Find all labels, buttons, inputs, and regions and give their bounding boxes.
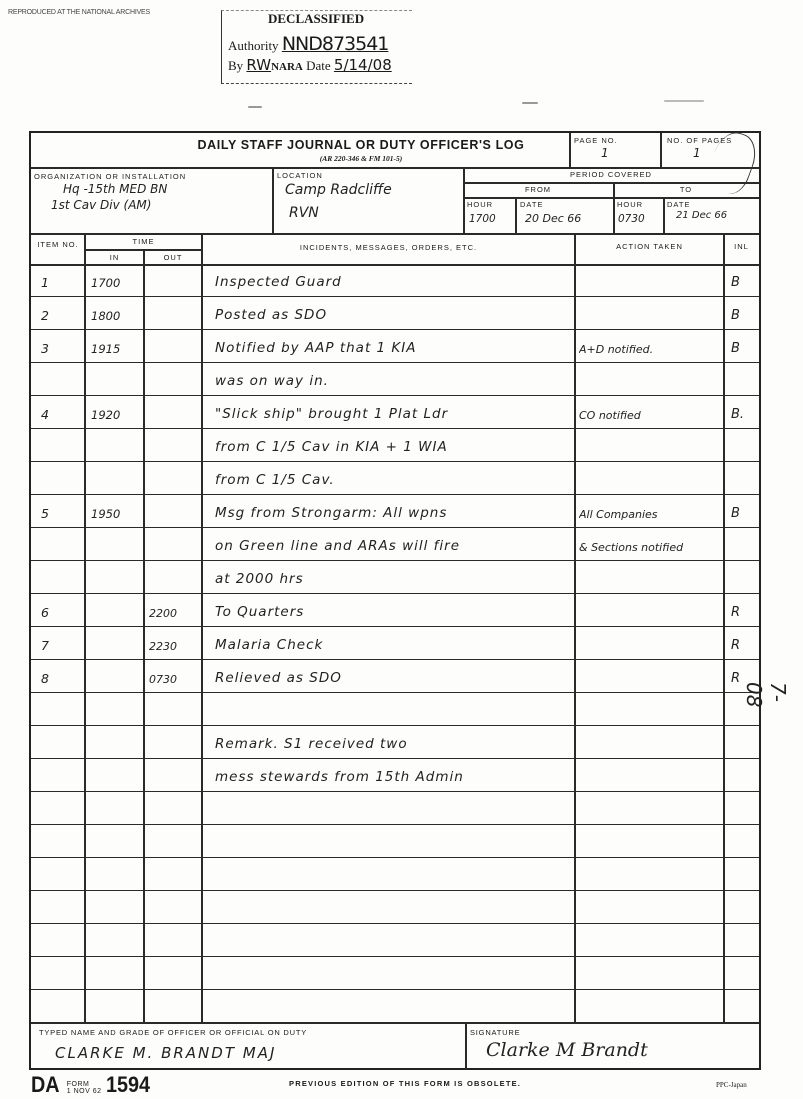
divider: [465, 1022, 467, 1070]
row-inl: [731, 924, 759, 957]
scan-mark: [522, 102, 538, 104]
row-text: [215, 693, 575, 726]
row-out: [149, 957, 199, 990]
row-text: Remark. S1 received two: [215, 726, 575, 759]
row-line: [31, 692, 759, 693]
row-text: [215, 990, 575, 1023]
table-row: [31, 858, 759, 891]
row-inl: [731, 528, 759, 561]
form-label: FORM: [67, 1081, 102, 1088]
row-text: Relieved as SDO: [215, 660, 575, 693]
row-in: 1915: [91, 330, 146, 363]
row-inl: B: [731, 264, 759, 297]
table-row: 72230Malaria CheckR: [31, 627, 759, 660]
row-in: [91, 561, 146, 594]
row-item: [41, 561, 81, 594]
row-item: [41, 792, 81, 825]
form-da: DA: [31, 1072, 60, 1098]
divider: [31, 233, 759, 235]
row-out: [149, 693, 199, 726]
row-action: [579, 957, 724, 990]
row-out: [149, 561, 199, 594]
row-action: [579, 759, 724, 792]
row-item: 8: [41, 660, 81, 693]
row-out: [149, 792, 199, 825]
table-row: 31915Notified by AAP that 1 KIAA+D notif…: [31, 330, 759, 363]
table-row: Remark. S1 received two: [31, 726, 759, 759]
table-row: 62200To QuartersR: [31, 594, 759, 627]
row-line: [31, 527, 759, 528]
row-inl: R: [731, 627, 759, 660]
row-out: [149, 990, 199, 1023]
from-date-label: DATE: [520, 200, 543, 209]
row-inl: [731, 957, 759, 990]
table-row: on Green line and ARAs will fire& Sectio…: [31, 528, 759, 561]
row-item: 6: [41, 594, 81, 627]
form-date-block: FORM 1 NOV 62: [67, 1081, 102, 1098]
form-subtitle: (AR 220-346 & FM 101-5): [131, 154, 591, 163]
row-action: All Companies: [579, 495, 724, 528]
row-inl: [731, 825, 759, 858]
row-inl: [731, 462, 759, 495]
row-line: [31, 329, 759, 330]
row-out: [149, 924, 199, 957]
row-item: [41, 528, 81, 561]
row-text: [215, 924, 575, 957]
row-action: [579, 726, 724, 759]
row-line: [31, 362, 759, 363]
row-line: [31, 395, 759, 396]
form-number: 1594: [106, 1072, 150, 1098]
row-out: [149, 891, 199, 924]
row-action: [579, 462, 724, 495]
row-out: [149, 825, 199, 858]
declassified-stamp: DECLASSIFIED Authority NND873541 By RWNA…: [221, 10, 412, 84]
log-rows: 11700Inspected GuardB21800Posted as SDOB…: [31, 264, 759, 1023]
divider: [660, 133, 662, 169]
form-date: 1 NOV 62: [67, 1088, 102, 1095]
table-row: at 2000 hrs: [31, 561, 759, 594]
row-inl: [731, 363, 759, 396]
signature-label: SIGNATURE: [470, 1028, 520, 1037]
row-item: [41, 924, 81, 957]
table-row: 80730Relieved as SDOR: [31, 660, 759, 693]
row-in: [91, 660, 146, 693]
row-out: 2200: [149, 594, 199, 627]
row-inl: [731, 429, 759, 462]
name-grade-label: TYPED NAME AND GRADE OF OFFICER OR OFFIC…: [39, 1028, 307, 1037]
header-inl: INL: [724, 242, 759, 251]
row-text: on Green line and ARAs will fire: [215, 528, 575, 561]
stamp-authority-label: Authority: [228, 38, 279, 53]
row-inl: R: [731, 594, 759, 627]
row-in: 1800: [91, 297, 146, 330]
row-inl: [731, 891, 759, 924]
row-item: [41, 726, 81, 759]
row-inl: B: [731, 495, 759, 528]
row-text: Notified by AAP that 1 KIA: [215, 330, 575, 363]
row-line: [31, 593, 759, 594]
scan-mark: [664, 100, 704, 102]
row-inl: B: [731, 297, 759, 330]
table-row: [31, 924, 759, 957]
row-in: [91, 825, 146, 858]
row-action: [579, 858, 724, 891]
scan-mark: [248, 106, 262, 108]
table-row: 21800Posted as SDOB: [31, 297, 759, 330]
officer-name: CLARKE M. BRANDT MAJ: [55, 1044, 276, 1062]
row-out: [149, 759, 199, 792]
row-item: [41, 693, 81, 726]
divider: [31, 1022, 759, 1024]
row-in: [91, 957, 146, 990]
row-item: [41, 858, 81, 891]
row-in: [91, 693, 146, 726]
row-action: [579, 627, 724, 660]
row-item: 5: [41, 495, 81, 528]
row-item: [41, 363, 81, 396]
row-text: Inspected Guard: [215, 264, 575, 297]
printer-note: PPC-Japan: [716, 1081, 747, 1089]
row-in: [91, 429, 146, 462]
row-action: [579, 297, 724, 330]
table-row: 11700Inspected GuardB: [31, 264, 759, 297]
row-text: [215, 858, 575, 891]
row-out: 2230: [149, 627, 199, 660]
row-text: [215, 891, 575, 924]
table-row: 41920"Slick ship" brought 1 Plat LdrCO n…: [31, 396, 759, 429]
row-in: [91, 726, 146, 759]
header-incidents: INCIDENTS, MESSAGES, ORDERS, ETC.: [202, 243, 575, 252]
row-action: [579, 990, 724, 1023]
from-label: FROM: [463, 185, 613, 194]
row-action: [579, 792, 724, 825]
row-out: [149, 858, 199, 891]
divider: [272, 167, 274, 234]
from-date-value: 20 Dec 66: [525, 212, 581, 225]
row-out: [149, 363, 199, 396]
row-inl: B: [731, 330, 759, 363]
obsolete-note: PREVIOUS EDITION OF THIS FORM IS OBSOLET…: [289, 1079, 521, 1088]
to-hour-value: 0730: [618, 213, 645, 225]
row-in: 1950: [91, 495, 146, 528]
row-text: from C 1/5 Cav in KIA + 1 WIA: [215, 429, 575, 462]
stamp-date-label: Date: [306, 58, 331, 73]
row-out: [149, 495, 199, 528]
stamp-authority-value: NND873541: [282, 33, 389, 55]
row-item: [41, 462, 81, 495]
row-line: [31, 923, 759, 924]
row-inl: [731, 759, 759, 792]
row-in: 1920: [91, 396, 146, 429]
table-row: [31, 957, 759, 990]
row-item: 1: [41, 264, 81, 297]
from-hour-label: HOUR: [467, 200, 493, 209]
stamp-by-value: RW: [246, 56, 271, 74]
stamp-by-label: By: [228, 58, 243, 73]
row-action: [579, 594, 724, 627]
row-action: [579, 429, 724, 462]
location-line2: RVN: [289, 205, 319, 221]
row-inl: B.: [731, 396, 759, 429]
duty-officer-log-form: DAILY STAFF JOURNAL OR DUTY OFFICER'S LO…: [29, 131, 761, 1070]
table-row: [31, 792, 759, 825]
row-line: [31, 461, 759, 462]
stamp-by-row: By RWNARA Date 5/14/08: [228, 56, 392, 74]
row-text: To Quarters: [215, 594, 575, 627]
row-line: [31, 791, 759, 792]
row-inl: [731, 858, 759, 891]
form-title: DAILY STAFF JOURNAL OR DUTY OFFICER'S LO…: [131, 138, 591, 152]
row-inl: [731, 792, 759, 825]
row-out: [149, 297, 199, 330]
row-action: [579, 561, 724, 594]
header-in: IN: [85, 253, 144, 262]
row-in: [91, 462, 146, 495]
row-out: [149, 462, 199, 495]
row-action: [579, 891, 724, 924]
row-line: [31, 659, 759, 660]
row-line: [31, 890, 759, 891]
row-line: [31, 296, 759, 297]
header-time: TIME: [85, 237, 202, 246]
table-row: [31, 891, 759, 924]
stamp-date-value: 5/14/08: [334, 56, 392, 74]
row-inl: [731, 726, 759, 759]
row-line: [31, 560, 759, 561]
row-text: [215, 957, 575, 990]
row-line: [31, 824, 759, 825]
row-in: [91, 528, 146, 561]
row-in: [91, 990, 146, 1023]
header-out: OUT: [144, 253, 202, 262]
to-date-value: 21 Dec 66: [676, 210, 727, 221]
row-action: A+D notified.: [579, 330, 724, 363]
row-item: 7: [41, 627, 81, 660]
row-in: [91, 891, 146, 924]
row-action: [579, 363, 724, 396]
row-text: mess stewards from 15th Admin: [215, 759, 575, 792]
location-line1: Camp Radcliffe: [285, 182, 392, 198]
row-text: [215, 792, 575, 825]
divider: [515, 197, 517, 234]
row-text: "Slick ship" brought 1 Plat Ldr: [215, 396, 575, 429]
row-out: [149, 264, 199, 297]
to-date-label: DATE: [667, 200, 690, 209]
row-out: 0730: [149, 660, 199, 693]
row-item: [41, 957, 81, 990]
row-text: Malaria Check: [215, 627, 575, 660]
row-out: [149, 396, 199, 429]
divider: [31, 167, 759, 169]
row-out: [149, 528, 199, 561]
officer-signature: Clarke M Brandt: [486, 1039, 648, 1061]
row-text: from C 1/5 Cav.: [215, 462, 575, 495]
row-line: [31, 428, 759, 429]
divider: [613, 182, 615, 234]
row-in: [91, 924, 146, 957]
stamp-authority-row: Authority NND873541: [228, 33, 388, 55]
row-item: [41, 891, 81, 924]
row-out: [149, 726, 199, 759]
row-line: [31, 626, 759, 627]
table-row: from C 1/5 Cav in KIA + 1 WIA: [31, 429, 759, 462]
row-line: [31, 494, 759, 495]
divider: [463, 197, 759, 199]
row-in: [91, 759, 146, 792]
row-inl: [731, 561, 759, 594]
to-hour-label: HOUR: [617, 200, 643, 209]
row-item: [41, 990, 81, 1023]
header-action-taken: ACTION TAKEN: [575, 242, 724, 251]
row-line: [31, 857, 759, 858]
header-item-no: ITEM NO.: [31, 239, 85, 250]
stamp-nara-label: NARA: [271, 61, 303, 73]
row-item: 3: [41, 330, 81, 363]
row-out: [149, 429, 199, 462]
row-item: [41, 759, 81, 792]
row-item: [41, 429, 81, 462]
table-row: was on way in.: [31, 363, 759, 396]
from-hour-value: 1700: [469, 213, 496, 225]
row-action: & Sections notified: [579, 528, 724, 561]
table-row: [31, 693, 759, 726]
row-action: CO notified: [579, 396, 724, 429]
row-text: Posted as SDO: [215, 297, 575, 330]
row-action: [579, 924, 724, 957]
divider: [663, 197, 665, 234]
organization-line2: 1st Cav Div (AM): [51, 198, 151, 212]
form-id: DA FORM 1 NOV 62 1594: [31, 1072, 154, 1098]
row-action: [579, 825, 724, 858]
page-no-label: PAGE NO.: [574, 136, 618, 145]
row-line: [31, 989, 759, 990]
row-line: [31, 956, 759, 957]
row-text: [215, 825, 575, 858]
row-inl: [731, 990, 759, 1023]
margin-note: 7-08: [742, 682, 790, 707]
table-row: [31, 990, 759, 1023]
row-text: at 2000 hrs: [215, 561, 575, 594]
row-action: [579, 693, 724, 726]
archive-note: REPRODUCED AT THE NATIONAL ARCHIVES: [8, 9, 150, 16]
row-item: 4: [41, 396, 81, 429]
table-row: [31, 825, 759, 858]
no-of-pages-value: 1: [693, 146, 701, 160]
row-text: Msg from Strongarm: All wpns: [215, 495, 575, 528]
row-in: [91, 858, 146, 891]
row-line: [31, 725, 759, 726]
row-in: [91, 792, 146, 825]
row-line: [31, 758, 759, 759]
row-item: [41, 825, 81, 858]
location-label: LOCATION: [277, 171, 323, 180]
row-out: [149, 330, 199, 363]
table-row: mess stewards from 15th Admin: [31, 759, 759, 792]
stamp-title: DECLASSIFIED: [268, 11, 364, 27]
organization-line1: Hq -15th MED BN: [63, 182, 167, 196]
organization-label: ORGANIZATION OR INSTALLATION: [34, 172, 186, 181]
table-row: 51950Msg from Strongarm: All wpnsAll Com…: [31, 495, 759, 528]
row-item: 2: [41, 297, 81, 330]
row-in: [91, 363, 146, 396]
row-in: [91, 594, 146, 627]
row-in: 1700: [91, 264, 146, 297]
divider: [569, 133, 571, 169]
row-action: [579, 264, 724, 297]
row-in: [91, 627, 146, 660]
row-text: was on way in.: [215, 363, 575, 396]
table-row: from C 1/5 Cav.: [31, 462, 759, 495]
page-no-value: 1: [601, 146, 609, 160]
row-action: [579, 660, 724, 693]
